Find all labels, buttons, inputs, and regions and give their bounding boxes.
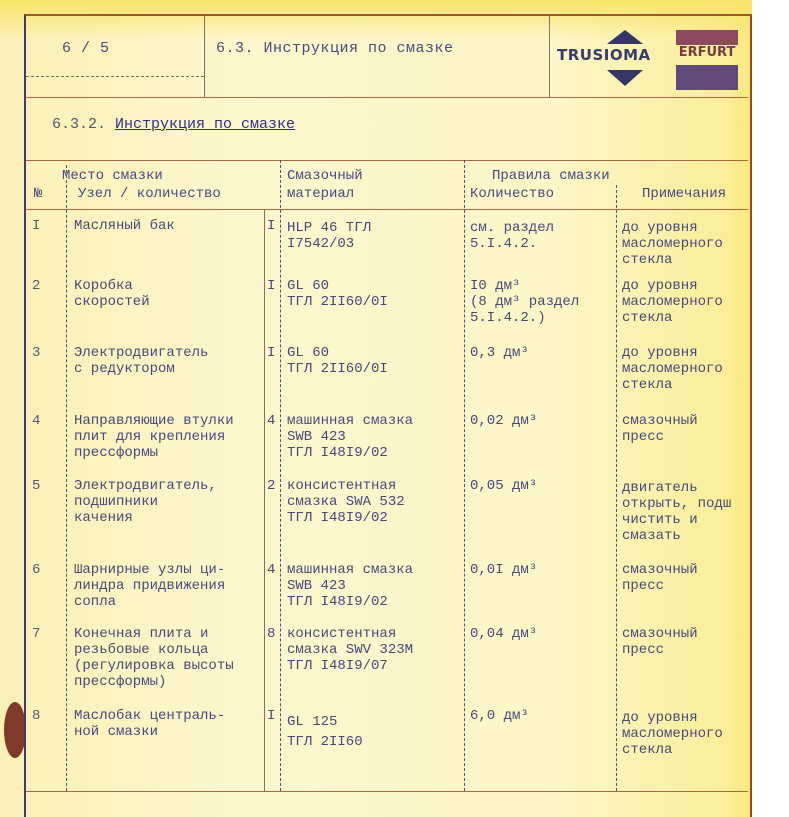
row-quantity: 0,05 дм³ <box>470 478 537 494</box>
row-notes: двигатель открыть, подш чистить и смазат… <box>622 480 731 544</box>
row-quantity: I0 дм³ (8 дм³ раздел 5.I.4.2.) <box>470 278 579 326</box>
header-rules: Правила смазки <box>492 168 610 184</box>
row-notes: смазочный пресс <box>622 562 698 594</box>
header-material-bottom: материал <box>287 186 354 202</box>
header-place-top: Место смазки <box>62 168 163 184</box>
row-material: машинная смазка SWB 423 ТГЛ I48I9/02 <box>287 413 413 461</box>
subsection-title: Инструкция по смазке <box>115 116 295 133</box>
row-count: 4 <box>267 413 275 429</box>
row-place: Электродвигатель с редуктором <box>74 345 208 377</box>
row-number: 2 <box>32 278 40 294</box>
row-place: Коробка скоростей <box>74 278 150 310</box>
row-count: 2 <box>267 478 275 494</box>
table-top-rule <box>26 160 748 161</box>
row-number: 7 <box>32 626 40 642</box>
row-material: консистентная смазка SWA 532 ТГЛ I48I9/0… <box>287 478 405 526</box>
row-quantity: 0,0I дм³ <box>470 562 537 578</box>
header-no: № <box>34 186 42 202</box>
row-notes: до уровня масломерного стекла <box>622 710 723 758</box>
row-count: 8 <box>267 626 275 642</box>
table-header-rule <box>26 209 748 210</box>
row-count: I <box>267 278 275 294</box>
row-place: Шарнирные узлы ци- линдра придвижения со… <box>74 562 225 610</box>
scan-margin <box>752 0 789 817</box>
row-material: машинная смазка SWB 423 ТГЛ I48I9/02 <box>287 562 413 610</box>
row-notes: до уровня масломерного стекла <box>622 345 723 393</box>
header-col-divider-1 <box>204 16 205 97</box>
row-notes: до уровня масломерного стекла <box>622 278 723 326</box>
row-number: 3 <box>32 345 40 361</box>
row-count: 4 <box>267 562 275 578</box>
row-number: I <box>32 218 40 234</box>
row-number: 8 <box>32 708 40 724</box>
row-number: 4 <box>32 413 40 429</box>
row-notes: до уровня масломерного стекла <box>622 220 723 268</box>
row-number: 5 <box>32 478 40 494</box>
row-material: HLP 46 ТГЛ I7542/03 <box>287 220 371 252</box>
col-divider-material <box>280 160 281 791</box>
subsection-number: 6.3.2. <box>52 116 106 133</box>
header-quantity: Количество <box>470 186 554 202</box>
row-quantity: 6,0 дм³ <box>470 708 529 724</box>
subsection-heading: 6.3.2. Инструкция по смазке <box>52 116 295 133</box>
ink-stain <box>4 702 26 758</box>
row-material: GL 60 ТГЛ 2II60/0I <box>287 345 388 377</box>
company-logo: TRUSIOMA ERFURT <box>557 30 747 90</box>
header-material-top: Смазочный <box>287 168 363 184</box>
logo-erfurt: ERFURT <box>676 30 738 90</box>
row-quantity: 0,02 дм³ <box>470 413 537 429</box>
header-bottom-rule <box>26 97 748 98</box>
logo-diamond-top-icon <box>607 30 643 44</box>
row-place: Электродвигатель, подшипники качения <box>74 478 217 526</box>
col-divider-quantity <box>464 160 465 791</box>
row-material: консистентная смазка SWV 323M ТГЛ I48I9/… <box>287 626 413 674</box>
row-number: 6 <box>32 562 40 578</box>
page-number: 6 / 5 <box>62 40 110 57</box>
row-place: Конечная плита и резьбовые кольца (регул… <box>74 626 234 690</box>
row-count: I <box>267 345 275 361</box>
section-title: 6.3. Инструкция по смазке <box>216 40 454 57</box>
table-bottom-rule <box>26 791 748 792</box>
row-place: Масляный бак <box>74 218 175 234</box>
logo-brand: TRUSIOMA <box>557 46 651 64</box>
logo-city: ERFURT <box>676 45 738 60</box>
logo-bar-bottom <box>676 65 738 90</box>
row-quantity: 0,3 дм³ <box>470 345 529 361</box>
header-col-divider-2 <box>549 16 550 97</box>
row-notes: смазочный пресс <box>622 413 698 445</box>
header-notes: Примечания <box>642 186 726 202</box>
header-divider-left <box>26 76 204 77</box>
row-material: GL 60 ТГЛ 2II60/0I <box>287 278 388 310</box>
row-quantity: см. раздел 5.I.4.2. <box>470 220 554 252</box>
col-divider-place <box>66 165 67 791</box>
col-divider-notes <box>616 185 617 791</box>
logo-diamond-bottom-icon <box>607 70 643 86</box>
row-place: Маслобак централь- ной смазки <box>74 708 225 740</box>
row-notes: смазочный пресс <box>622 626 698 658</box>
row-count: I <box>267 708 275 724</box>
row-count: I <box>267 218 275 234</box>
row-place: Направляющие втулки плит для крепления п… <box>74 413 234 461</box>
header-place-bottom: Узел / количество <box>78 186 221 202</box>
col-divider-count <box>264 209 265 791</box>
logo-bar-top <box>676 30 738 45</box>
row-material: GL 125 ТГЛ 2II60 <box>287 712 363 752</box>
row-quantity: 0,04 дм³ <box>470 626 537 642</box>
